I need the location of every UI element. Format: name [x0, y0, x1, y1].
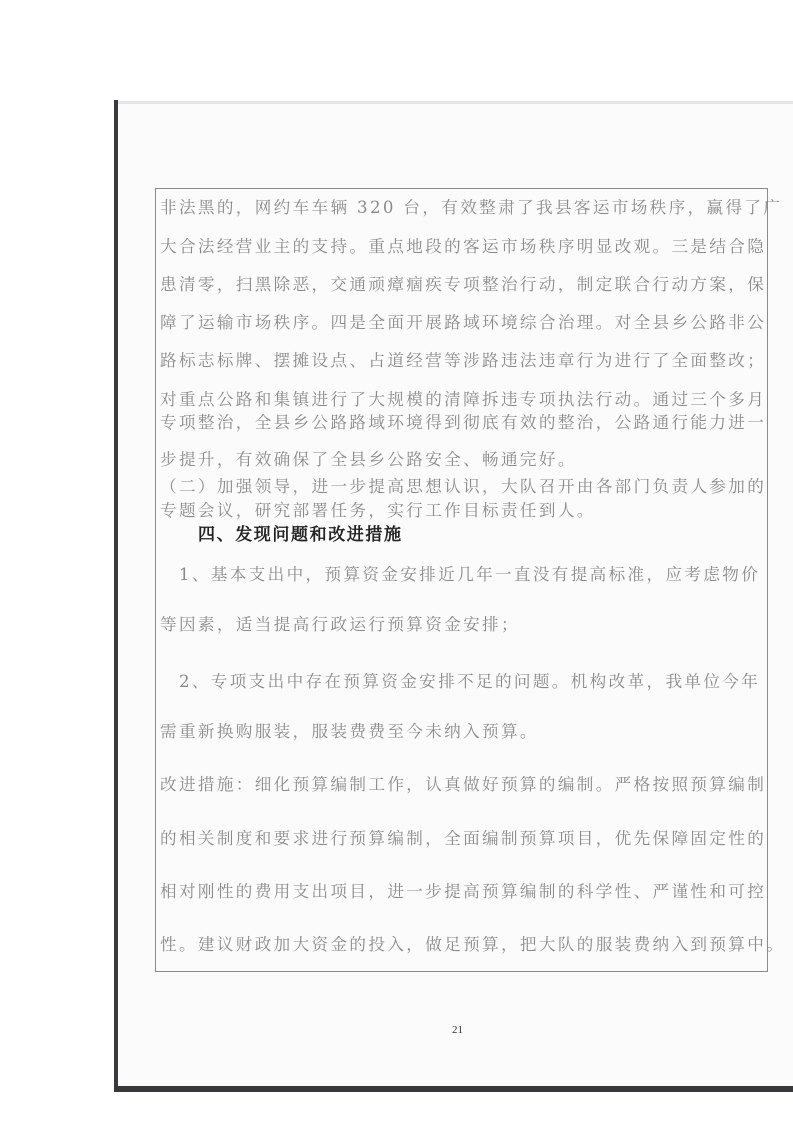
- paragraph-line: 非法黑的，网约车车辆 320 台，有效整肃了我县客运市场秩序，赢得了广: [160, 198, 782, 218]
- paragraph-line: 步提升，有效确保了全县乡公路安全、畅通完好。: [160, 450, 577, 470]
- paragraph-line: 需重新换购服装，服装费费至今未纳入预算。: [160, 722, 539, 742]
- paragraph-line: 大合法经营业主的支持。重点地段的客运市场秩序明显改观。三是结合隐: [160, 237, 766, 257]
- paragraph-line: 专项整治，全县乡公路路域环境得到彻底有效的整治，公路通行能力进一: [160, 413, 766, 433]
- section-heading: 四、发现问题和改进措施: [198, 525, 403, 545]
- paragraph-line: 障了运输市场秩序。四是全面开展路域环境综合治理。对全县乡公路非公: [160, 313, 766, 333]
- paragraph-line: 相对刚性的费用支出项目，进一步提高预算编制的科学性、严谨性和可控: [160, 882, 766, 902]
- paragraph-line: 等因素，适当提高行政运行预算资金安排；: [160, 615, 520, 635]
- paragraph-line: 的相关制度和要求进行预算编制，全面编制预算项目，优先保障固定性的: [160, 829, 766, 849]
- paragraph-line: 改进措施：细化预算编制工作，认真做好预算的编制。严格按照预算编制: [160, 775, 766, 795]
- paragraph-line: （二）加强领导，进一步提高思想认识，大队召开由各部门负责人参加的: [160, 477, 766, 497]
- paragraph-line: 2、专项支出中存在预算资金安排不足的问题。机构改革，我单位今年: [160, 672, 760, 692]
- paragraph-line: 1、基本支出中，预算资金安排近几年一直没有提高标准，应考虑物价: [160, 565, 760, 585]
- paragraph-line: 患清零，扫黑除恶，交通顽瘴痼疾专项整治行动，制定联合行动方案，保: [160, 275, 766, 295]
- paragraph-line: 对重点公路和集镇进行了大规模的清障拆违专项执法行动。通过三个多月: [160, 390, 766, 410]
- page-number: 21: [452, 1024, 463, 1036]
- page-top-edge: [118, 101, 793, 104]
- page-bottom-edge-shadow: [114, 1086, 793, 1092]
- paragraph-line: 路标志标牌、摆摊设点、占道经营等涉路违法违章行为进行了全面整改；: [160, 351, 766, 371]
- paragraph-line: 专题会议，研究部署任务，实行工作目标责任到人。: [160, 501, 596, 521]
- page-left-edge-shadow: [114, 100, 118, 1090]
- paragraph-line: 性。建议财政加大资金的投入，做足预算，把大队的服装费纳入到预算中。: [160, 935, 785, 955]
